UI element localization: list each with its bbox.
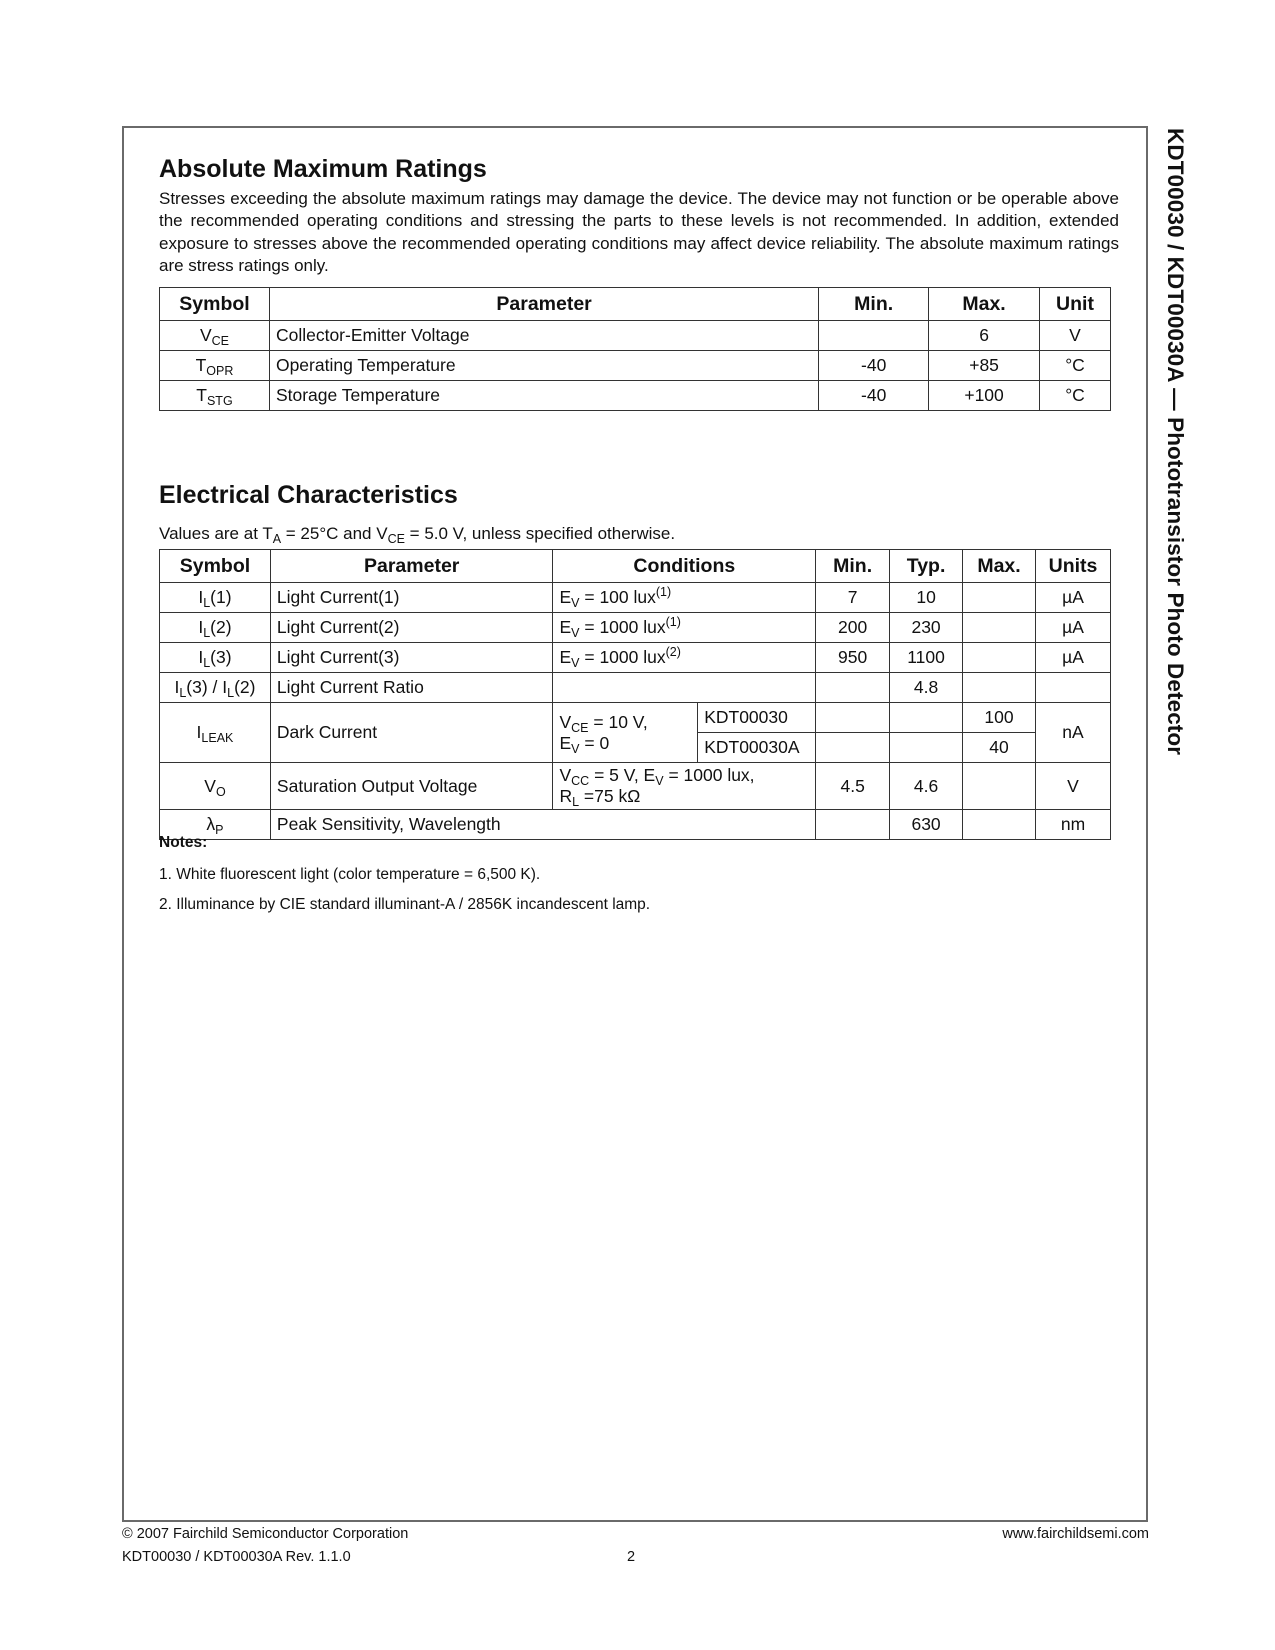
note-item: 1. White fluorescent light (color temper…: [159, 866, 540, 884]
unit-cell: °C: [1040, 351, 1111, 381]
symbol-cell: TOPR: [160, 351, 270, 381]
conditions-cell: EV = 100 lux(1): [553, 583, 816, 613]
min-cell: [816, 673, 890, 703]
typ-cell: [890, 733, 963, 763]
col-parameter: Parameter: [269, 288, 818, 321]
table-row: IL(1) Light Current(1) EV = 100 lux(1) 7…: [160, 583, 1111, 613]
parameter-cell: Dark Current: [270, 703, 553, 763]
part-variant-cell: KDT00030A: [698, 733, 816, 763]
side-title-text: KDT00030 / KDT00030A — Phototransistor P…: [1162, 128, 1188, 755]
col-units: Units: [1036, 550, 1111, 583]
max-cell: 100: [963, 703, 1036, 733]
unit-cell: nm: [1036, 810, 1111, 840]
footer-revision: KDT00030 / KDT00030A Rev. 1.1.0: [122, 1549, 351, 1565]
parameter-cell: Operating Temperature: [269, 351, 818, 381]
elec-heading: Electrical Characteristics: [159, 481, 458, 510]
abs-max-heading: Absolute Maximum Ratings: [159, 155, 487, 184]
conditions-cell: VCE = 10 V, EV = 0: [553, 703, 698, 763]
parameter-cell: Light Current(1): [270, 583, 553, 613]
conditions-cell: VCC = 5 V, EV = 1000 lux, RL =75 kΩ: [553, 763, 816, 810]
symbol-cell: IL(3) / IL(2): [160, 673, 271, 703]
notes-heading: Notes:: [159, 834, 207, 852]
max-cell: [963, 673, 1036, 703]
parameter-cell: Collector-Emitter Voltage: [269, 321, 818, 351]
col-symbol: Symbol: [160, 288, 270, 321]
max-cell: [963, 583, 1036, 613]
min-cell: 4.5: [816, 763, 890, 810]
symbol-cell: IL(2): [160, 613, 271, 643]
parameter-cell: Light Current(3): [270, 643, 553, 673]
abs-max-header-row: Symbol Parameter Min. Max. Unit: [160, 288, 1111, 321]
max-cell: [963, 763, 1036, 810]
min-cell: 200: [816, 613, 890, 643]
typ-cell: [890, 703, 963, 733]
table-row: IL(3) / IL(2) Light Current Ratio 4.8: [160, 673, 1111, 703]
symbol-cell: IL(1): [160, 583, 271, 613]
table-row: TSTG Storage Temperature -40 +100 °C: [160, 381, 1111, 411]
parameter-cell: Saturation Output Voltage: [270, 763, 553, 810]
table-row: IL(2) Light Current(2) EV = 1000 lux(1) …: [160, 613, 1111, 643]
parameter-cell: Storage Temperature: [269, 381, 818, 411]
symbol-cell: IL(3): [160, 643, 271, 673]
parameter-cell: Peak Sensitivity, Wavelength: [270, 810, 815, 840]
typ-cell: 230: [890, 613, 963, 643]
col-max: Max.: [963, 550, 1036, 583]
max-cell: 6: [929, 321, 1040, 351]
table-row: λP Peak Sensitivity, Wavelength 630 nm: [160, 810, 1111, 840]
min-cell: [816, 810, 890, 840]
min-cell: -40: [819, 381, 929, 411]
parameter-cell: Light Current Ratio: [270, 673, 553, 703]
col-symbol: Symbol: [160, 550, 271, 583]
part-variant-cell: KDT00030: [698, 703, 816, 733]
typ-cell: 630: [890, 810, 963, 840]
footer-website-link[interactable]: www.fairchildsemi.com: [1002, 1526, 1149, 1542]
unit-cell: [1036, 673, 1111, 703]
footer-page-number: 2: [627, 1549, 635, 1565]
typ-cell: 1100: [890, 643, 963, 673]
typ-cell: 4.6: [890, 763, 963, 810]
typ-cell: 10: [890, 583, 963, 613]
typ-cell: 4.8: [890, 673, 963, 703]
side-title: KDT00030 / KDT00030A — Phototransistor P…: [1158, 128, 1188, 828]
min-cell: 950: [816, 643, 890, 673]
unit-cell: V: [1036, 763, 1111, 810]
min-cell: -40: [819, 351, 929, 381]
max-cell: [963, 643, 1036, 673]
note-item: 2. Illuminance by CIE standard illuminan…: [159, 896, 650, 914]
footer-copyright: © 2007 Fairchild Semiconductor Corporati…: [122, 1526, 408, 1542]
min-cell: [816, 733, 890, 763]
col-unit: Unit: [1040, 288, 1111, 321]
table-row: VO Saturation Output Voltage VCC = 5 V, …: [160, 763, 1111, 810]
unit-cell: V: [1040, 321, 1111, 351]
abs-max-description: Stresses exceeding the absolute maximum …: [159, 188, 1119, 277]
max-cell: +100: [929, 381, 1040, 411]
min-cell: [816, 703, 890, 733]
col-typ: Typ.: [890, 550, 963, 583]
max-cell: [963, 613, 1036, 643]
table-row: TOPR Operating Temperature -40 +85 °C: [160, 351, 1111, 381]
conditions-cell: EV = 1000 lux(1): [553, 613, 816, 643]
max-cell: 40: [963, 733, 1036, 763]
elec-header-row: Symbol Parameter Conditions Min. Typ. Ma…: [160, 550, 1111, 583]
symbol-cell: ILEAK: [160, 703, 271, 763]
col-max: Max.: [929, 288, 1040, 321]
min-cell: 7: [816, 583, 890, 613]
abs-max-table: Symbol Parameter Min. Max. Unit VCE Coll…: [159, 287, 1111, 411]
col-min: Min.: [816, 550, 890, 583]
unit-cell: µA: [1036, 613, 1111, 643]
col-min: Min.: [819, 288, 929, 321]
unit-cell: µA: [1036, 643, 1111, 673]
col-conditions: Conditions: [553, 550, 816, 583]
elec-subtitle: Values are at TA = 25°C and VCE = 5.0 V,…: [159, 524, 675, 544]
parameter-cell: Light Current(2): [270, 613, 553, 643]
symbol-cell: VO: [160, 763, 271, 810]
unit-cell: µA: [1036, 583, 1111, 613]
min-cell: [819, 321, 929, 351]
symbol-cell: VCE: [160, 321, 270, 351]
table-row: ILEAK Dark Current VCE = 10 V, EV = 0 KD…: [160, 703, 1111, 733]
symbol-cell: TSTG: [160, 381, 270, 411]
table-row: VCE Collector-Emitter Voltage 6 V: [160, 321, 1111, 351]
max-cell: +85: [929, 351, 1040, 381]
unit-cell: °C: [1040, 381, 1111, 411]
unit-cell: nA: [1036, 703, 1111, 763]
max-cell: [963, 810, 1036, 840]
conditions-cell: EV = 1000 lux(2): [553, 643, 816, 673]
conditions-cell: [553, 673, 816, 703]
elec-table: Symbol Parameter Conditions Min. Typ. Ma…: [159, 549, 1111, 840]
col-parameter: Parameter: [270, 550, 553, 583]
table-row: IL(3) Light Current(3) EV = 1000 lux(2) …: [160, 643, 1111, 673]
